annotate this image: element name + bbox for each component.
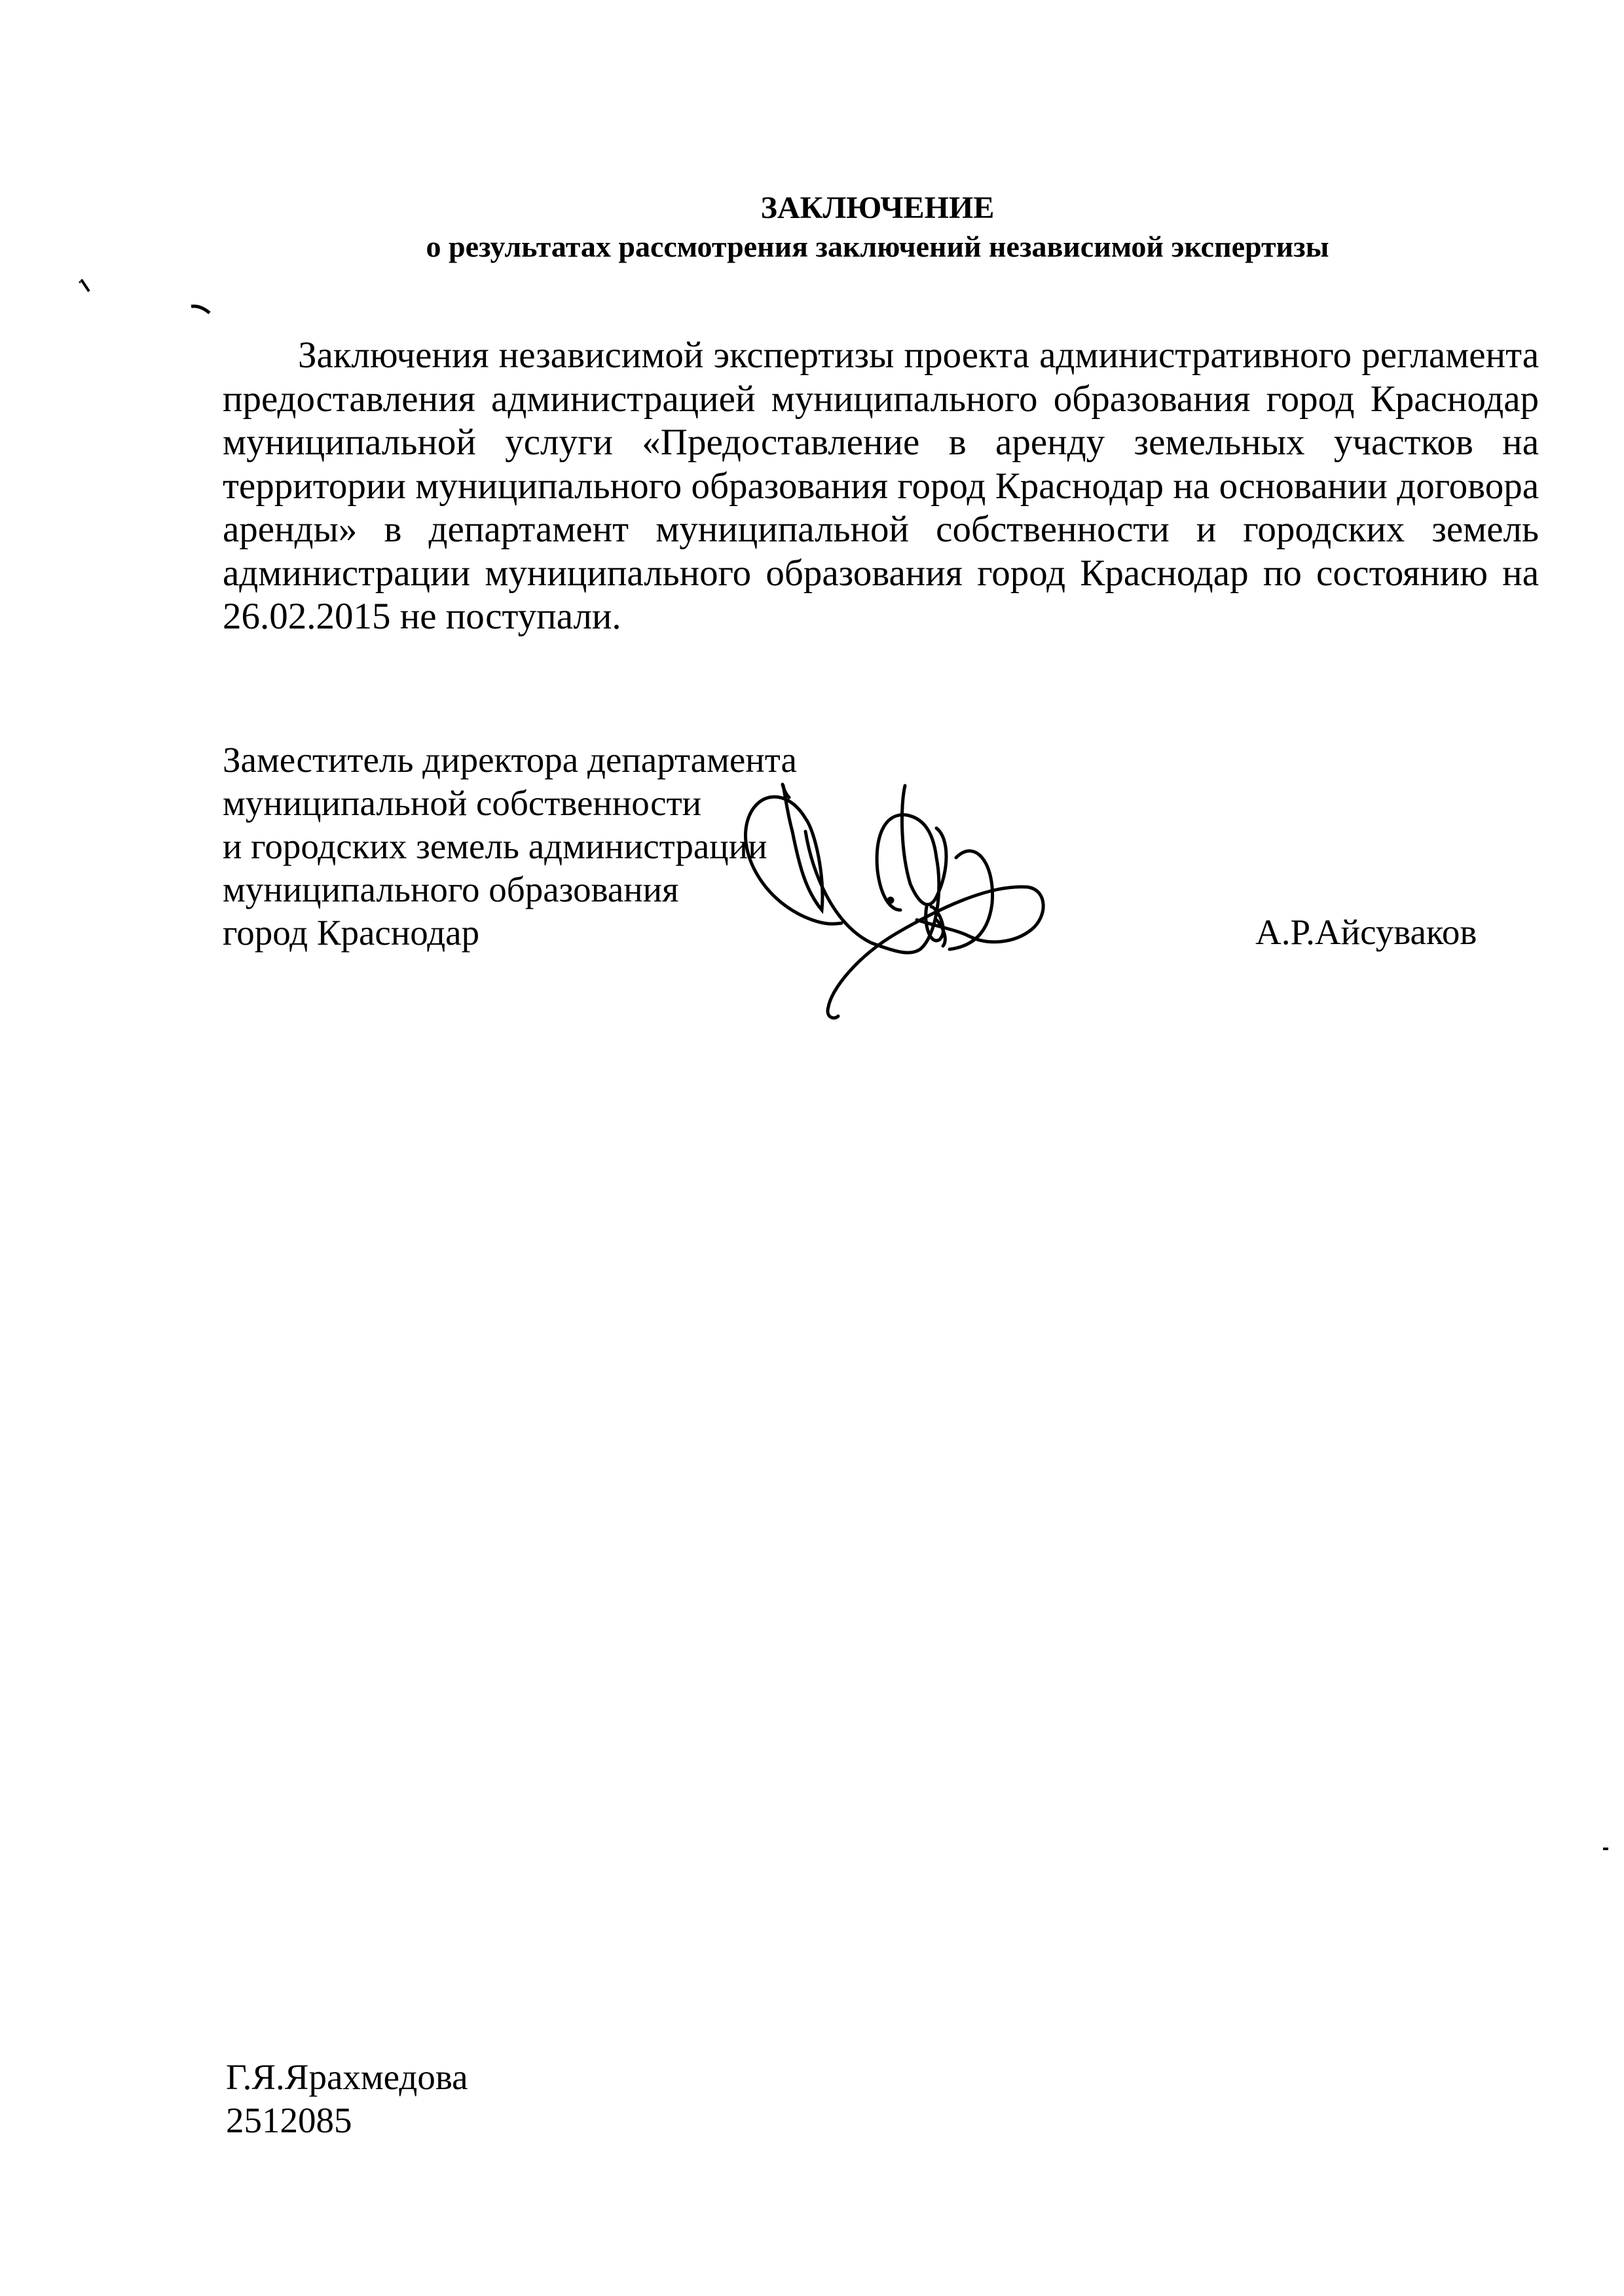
document-page: ЗАКЛЮЧЕНИЕ о результатах рассмотрения за…: [0, 0, 1624, 2296]
body-text: Заключения независимой экспертизы проект…: [223, 335, 1539, 637]
signatory-position: Заместитель директора департамента муниц…: [223, 738, 797, 955]
position-line: город Краснодар: [223, 911, 797, 955]
executor-phone: 2512085: [226, 2099, 468, 2142]
document-subtitle: о результатах рассмотрения заключений не…: [0, 229, 1624, 264]
position-line: муниципального образования: [223, 868, 797, 911]
executor-name: Г.Я.Ярахмедова: [226, 2056, 468, 2099]
position-line: муниципальной собственности: [223, 782, 797, 825]
scan-artifact-icon: [1603, 1843, 1610, 1855]
position-line: Заместитель директора департамента: [223, 738, 797, 782]
scan-artifact-icon: [189, 302, 215, 322]
body-paragraph: Заключения независимой экспертизы проект…: [223, 334, 1539, 639]
signer-name: А.Р.Айсуваков: [1255, 911, 1477, 953]
handwritten-signature-icon: [740, 759, 1211, 1021]
document-title: ЗАКЛЮЧЕНИЕ: [0, 190, 1624, 226]
executor-block: Г.Я.Ярахмедова 2512085: [226, 2056, 468, 2142]
position-line: и городских земель администрации: [223, 825, 797, 868]
scan-artifact-icon: [79, 278, 98, 298]
